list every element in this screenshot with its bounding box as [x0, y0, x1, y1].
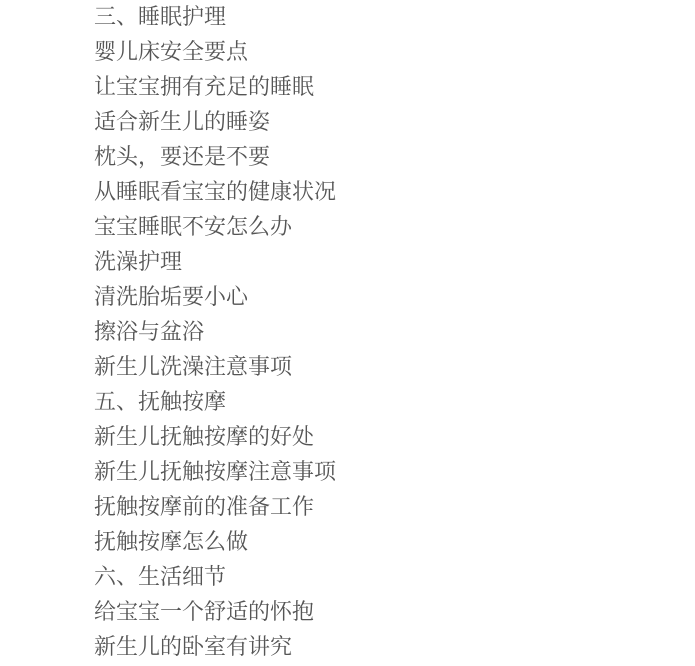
toc-item-massage-benefits[interactable]: 新生儿抚触按摩的好处 [94, 420, 336, 455]
table-of-contents: 三、睡眠护理 婴儿床安全要点 让宝宝拥有充足的睡眠 适合新生儿的睡姿 枕头，要还… [94, 0, 336, 665]
toc-section-sleep-care[interactable]: 三、睡眠护理 [94, 0, 336, 35]
toc-item-massage-precautions[interactable]: 新生儿抚触按摩注意事项 [94, 455, 336, 490]
toc-item-pillow[interactable]: 枕头，要还是不要 [94, 140, 336, 175]
toc-item-sponge-tub-bath[interactable]: 擦浴与盆浴 [94, 315, 336, 350]
toc-section-massage[interactable]: 五、抚触按摩 [94, 385, 336, 420]
toc-section-daily-life[interactable]: 六、生活细节 [94, 560, 336, 595]
toc-item-bath-precautions[interactable]: 新生儿洗澡注意事项 [94, 350, 336, 385]
toc-item-restless-sleep[interactable]: 宝宝睡眠不安怎么办 [94, 210, 336, 245]
toc-item-health-from-sleep[interactable]: 从睡眠看宝宝的健康状况 [94, 175, 336, 210]
toc-item-sleep-position[interactable]: 适合新生儿的睡姿 [94, 105, 336, 140]
toc-item-sufficient-sleep[interactable]: 让宝宝拥有充足的睡眠 [94, 70, 336, 105]
toc-section-bath-care[interactable]: 洗澡护理 [94, 245, 336, 280]
toc-item-bedroom[interactable]: 新生儿的卧室有讲究 [94, 630, 336, 665]
toc-item-comfortable-hold[interactable]: 给宝宝一个舒适的怀抱 [94, 595, 336, 630]
toc-item-crib-safety[interactable]: 婴儿床安全要点 [94, 35, 336, 70]
toc-item-massage-preparation[interactable]: 抚触按摩前的准备工作 [94, 490, 336, 525]
toc-item-how-to-massage[interactable]: 抚触按摩怎么做 [94, 525, 336, 560]
toc-item-cradle-cap[interactable]: 清洗胎垢要小心 [94, 280, 336, 315]
